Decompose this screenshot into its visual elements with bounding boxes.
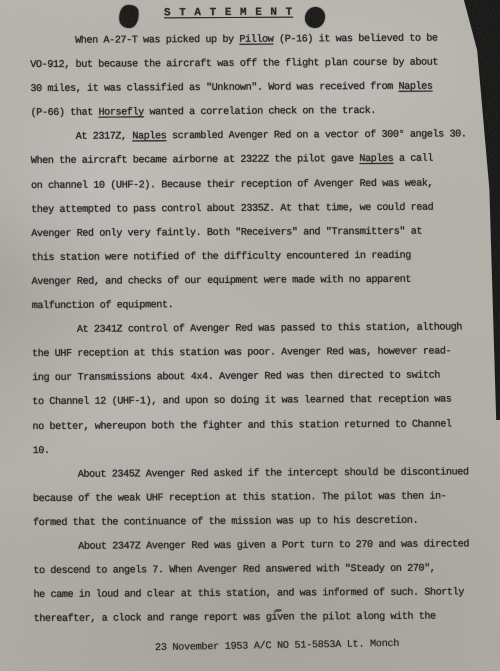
document-line: they attempted to pass control about 233… [31, 196, 483, 223]
underlined-code-name: Naples [398, 82, 432, 93]
document-line: At 2317Z, Naples scrambled Avenger Red o… [31, 124, 483, 151]
document-line: 30 miles, it was classified as "Unknown"… [30, 75, 482, 102]
line-text: 30 miles, it was classified as "Unknown"… [30, 82, 398, 95]
line-text: to descend to angels 7. When Avenger Red… [33, 564, 435, 577]
document-line: malfunction of equipment. [32, 292, 484, 319]
document-line: to descend to angels 7. When Avenger Red… [33, 557, 485, 584]
document-line: no better, whereupon both the fighter an… [32, 413, 484, 440]
ink-blot-right [305, 7, 325, 28]
document-line: When the aircraft became airborne at 232… [31, 148, 483, 175]
document-body: When A-27-T was picked up by Pillow (P-1… [30, 27, 486, 632]
line-text: no better, whereupon both the fighter an… [32, 419, 451, 433]
line-text: a call [393, 154, 433, 165]
line-text: on channel 10 (UHF-2). Because their rec… [31, 178, 433, 191]
line-text: the UHF reception at this station was po… [32, 347, 451, 361]
line-text: to Channel 12 (UHF-1), and upon so doing… [32, 395, 451, 409]
document-line: About 2345Z Avenger Red asked if the int… [33, 461, 485, 488]
scanned-document-page: S T A T E M E N T When A-27-T was picked… [0, 0, 500, 671]
document-line: Avenger Red only very faintly. Both "Rec… [31, 220, 483, 247]
line-text: ing our Transmissions about 4x4. Avenger… [32, 371, 440, 384]
document-line: this station were notified of the diffic… [31, 244, 483, 271]
document-line: the UHF reception at this station was po… [32, 340, 484, 367]
line-text: (P-66) that [30, 108, 98, 119]
line-text: At 2317Z, [76, 132, 133, 143]
underlined-code-name: Naples [132, 132, 166, 143]
line-text: 10. [33, 445, 50, 456]
line-text: About 2347Z Avenger Red was given a Port… [78, 539, 469, 552]
document-line: At 2341Z control of Avenger Red was pass… [32, 316, 484, 343]
document-line: VO-912, but because the aircraft was off… [30, 51, 482, 78]
line-text: malfunction of equipment. [32, 300, 174, 312]
document-line: 10. [33, 437, 485, 464]
underlined-code-name: Naples [359, 154, 393, 165]
line-text: he came in loud and clear at this statio… [33, 588, 463, 602]
line-text: VO-912, but because the aircraft was off… [30, 58, 438, 71]
line-text: scrambled Avenger Red on a vector of 300… [166, 130, 466, 143]
line-text: (P-16) it was believed to be [273, 34, 437, 46]
line-text: When A-27-T was picked up by [75, 35, 239, 47]
line-text: At 2341Z control of Avenger Red was pass… [77, 322, 462, 335]
footer-line: 23 November 1953 A/C NO 51-5853A Lt. Mon… [155, 639, 399, 654]
document-line: on channel 10 (UHF-2). Because their rec… [31, 172, 483, 199]
document-line: Avenger Red, and checks of our equipment… [31, 268, 483, 295]
page-title: S T A T E M E N T [164, 7, 293, 20]
line-text: wanted a correlation check on the track. [144, 106, 376, 118]
document-line: (P-66) that Horsefly wanted a correlatio… [30, 100, 482, 127]
line-text: Avenger Red, and checks of our equipment… [32, 275, 412, 288]
line-text: formed that the continuance of the missi… [33, 516, 418, 529]
document-line: About 2347Z Avenger Red was given a Port… [33, 533, 485, 560]
document-line: thereafter, a clock and range report was… [34, 605, 486, 632]
underlined-code-name: Horsefly [98, 108, 143, 119]
line-text: When the aircraft became airborne at 232… [31, 154, 360, 167]
line-text: this station were notified of the diffic… [31, 251, 411, 264]
line-text: Avenger Red only very faintly. Both "Rec… [31, 226, 422, 239]
line-text: thereafter, a clock and range report was… [34, 612, 436, 625]
document-line: to Channel 12 (UHF-1), and upon so doing… [32, 389, 484, 416]
line-text: they attempted to pass control about 233… [31, 202, 433, 215]
document-line: he came in loud and clear at this statio… [33, 581, 485, 608]
line-text: because of the weak UHF reception at thi… [33, 491, 446, 505]
document-line: because of the weak UHF reception at thi… [33, 485, 485, 512]
ink-blot-left [117, 4, 140, 30]
document-line: formed that the continuance of the missi… [33, 509, 485, 536]
line-text: About 2345Z Avenger Red asked if the int… [78, 467, 469, 480]
document-line: ing our Transmissions about 4x4. Avenger… [32, 365, 484, 392]
document-line: When A-27-T was picked up by Pillow (P-1… [30, 27, 482, 54]
underlined-code-name: Pillow [239, 35, 273, 46]
